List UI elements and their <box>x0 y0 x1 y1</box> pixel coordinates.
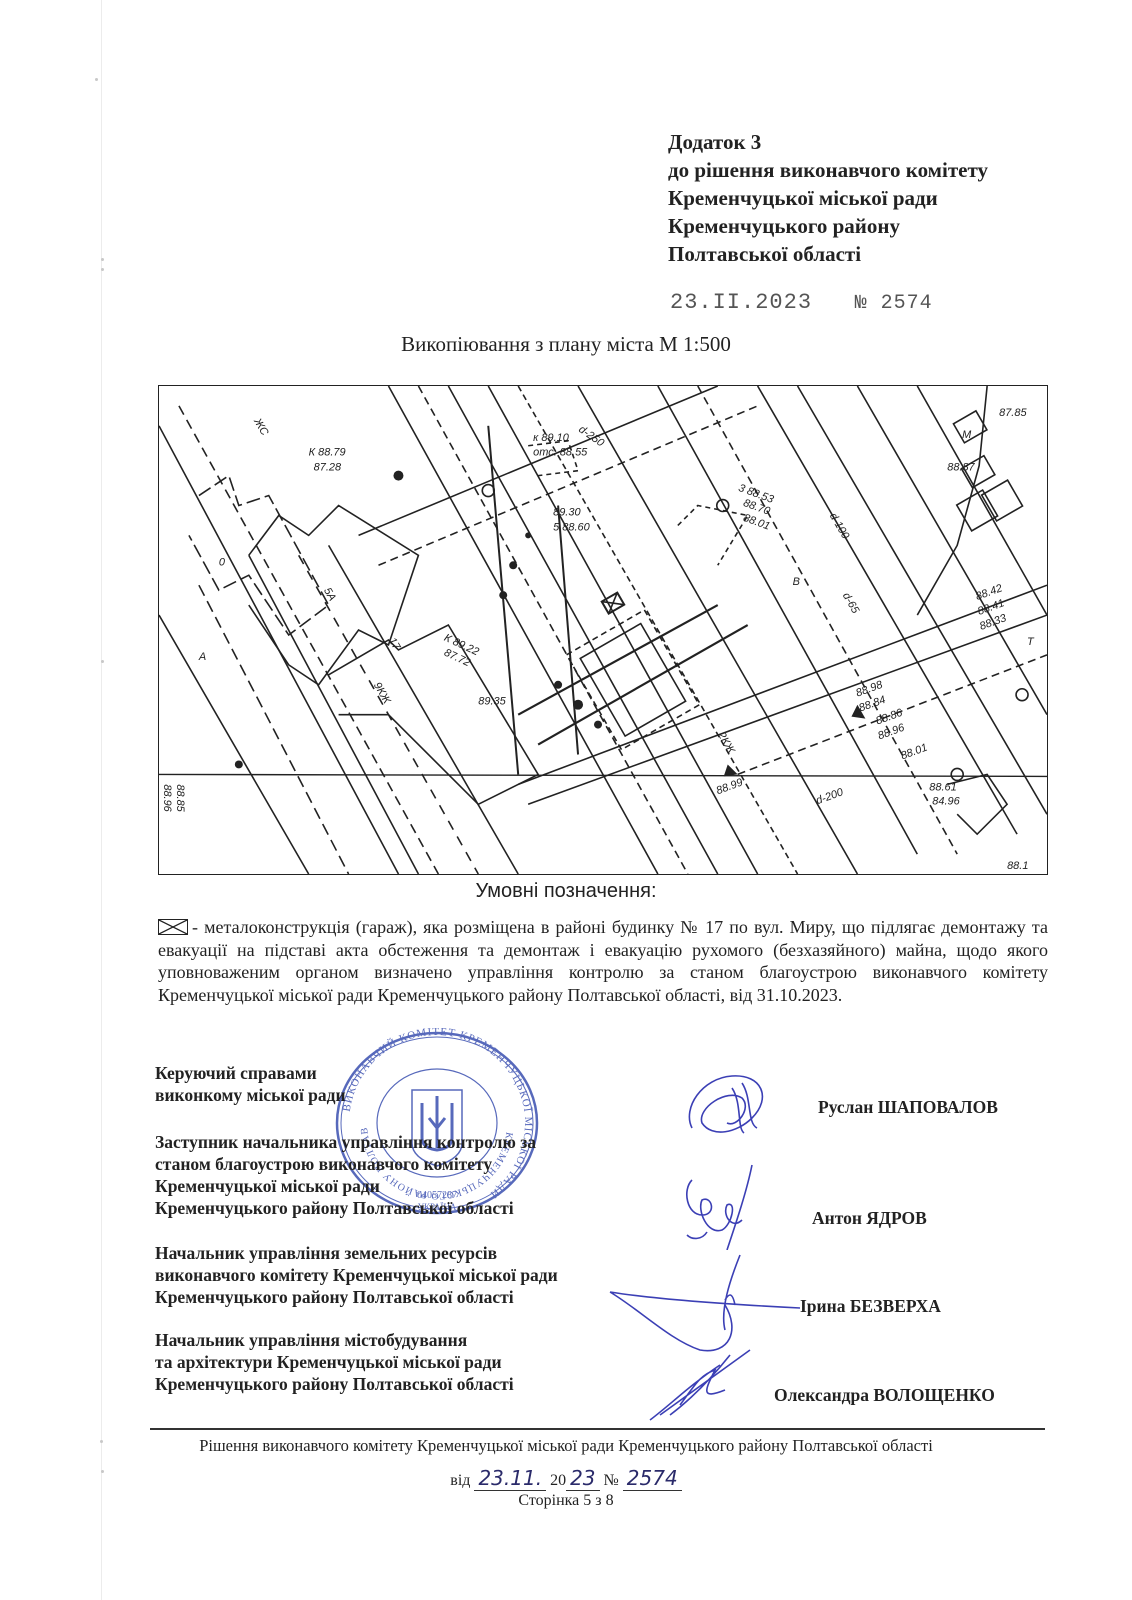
svg-text:87.28: 87.28 <box>314 462 342 474</box>
annex-header: Додаток 3 до рішення виконавчого комітет… <box>668 128 988 268</box>
legend-title: Умовні позначення: <box>0 880 1132 903</box>
annex-line: Полтавської області <box>668 240 988 268</box>
crossed-box-icon <box>158 919 188 935</box>
svg-text:84.96: 84.96 <box>932 795 960 807</box>
svg-text:d-65: d-65 <box>840 591 862 617</box>
handwritten-number: 2574 <box>623 1466 682 1491</box>
svg-text:88.96: 88.96 <box>161 784 173 812</box>
signatory-3-name: Ірина БЕЗВЕРХА <box>800 1296 941 1317</box>
signatory-3-position: Начальник управління земельних ресурсів … <box>155 1242 558 1308</box>
signatory-4-name: Олександра ВОЛОЩЕНКО <box>774 1385 995 1406</box>
svg-text:5 88.60: 5 88.60 <box>553 521 590 533</box>
svg-text:88.01: 88.01 <box>899 742 929 763</box>
scan-margin-line <box>101 0 102 1600</box>
footer-decision-title: Рішення виконавчого комітету Кременчуцьк… <box>0 1436 1132 1456</box>
svg-text:к 89.10: к 89.10 <box>533 432 569 444</box>
legend-description: - металоконструкція (гараж), яка розміще… <box>158 916 1048 1006</box>
svg-text:0: 0 <box>219 556 225 568</box>
map-title: Викопіювання з плану міста М 1:500 <box>0 332 1132 357</box>
svg-text:88.61: 88.61 <box>929 781 956 793</box>
svg-text:88.1: 88.1 <box>1007 860 1028 872</box>
page-number: Сторінка 5 з 8 <box>0 1492 1132 1510</box>
handwritten-year: 23 <box>566 1466 599 1491</box>
svg-text:88.87: 88.87 <box>947 462 975 474</box>
svg-text:87.85: 87.85 <box>999 407 1027 419</box>
annex-line: Кременчуцької міської ради <box>668 184 988 212</box>
scan-artifact <box>101 268 104 271</box>
annex-line: до рішення виконавчого комітету <box>668 156 988 184</box>
annex-line: Додаток 3 <box>668 128 988 156</box>
svg-text:d-100: d-100 <box>827 511 851 541</box>
svg-text:М: М <box>962 429 972 441</box>
svg-text:89.35: 89.35 <box>478 696 506 708</box>
map-drawing: ЖС К 88.79 87.28 5А 17 9КЖ А К 89.22 87.… <box>159 386 1047 874</box>
signature-4 <box>640 1345 760 1425</box>
scan-artifact <box>95 78 98 81</box>
svg-text:88.85: 88.85 <box>174 784 186 812</box>
svg-text:88.99: 88.99 <box>715 777 745 798</box>
svg-text:К 88.79: К 88.79 <box>309 447 346 459</box>
scan-artifact <box>101 258 104 261</box>
city-plan-map: ЖС К 88.79 87.28 5А 17 9КЖ А К 89.22 87.… <box>158 385 1048 875</box>
signatory-2-name: Антон ЯДРОВ <box>812 1208 927 1229</box>
handwritten-date: 23.11. <box>474 1466 546 1491</box>
stamp-date: 23.II.2023 <box>670 290 812 315</box>
signatory-1-name: Руслан ШАПОВАЛОВ <box>818 1097 998 1118</box>
signature-1 <box>682 1068 782 1148</box>
legend-text: - металоконструкція (гараж), яка розміще… <box>158 917 1048 1005</box>
stamp-number: № 2574 <box>855 292 933 315</box>
svg-text:отс. 88.55: отс. 88.55 <box>533 447 588 459</box>
signatory-4-position: Начальник управління містобудування та а… <box>155 1329 514 1395</box>
svg-text:d-200: d-200 <box>814 786 844 807</box>
svg-text:В: В <box>793 576 800 588</box>
footer-divider <box>150 1428 1045 1430</box>
svg-text:А: А <box>198 651 206 663</box>
signature-2 <box>672 1160 772 1250</box>
svg-text:Т: Т <box>1027 636 1035 648</box>
signatory-1-position: Керуючий справами виконкому міської ради <box>155 1062 346 1106</box>
svg-text:ЖС: ЖС <box>251 415 271 437</box>
svg-text:9КЖ: 9КЖ <box>371 680 393 706</box>
svg-text:2КЖ: 2КЖ <box>715 729 738 756</box>
footer-decision-date: від 23.11. 2023 № 2574 <box>0 1466 1132 1490</box>
svg-text:89.30: 89.30 <box>553 506 580 518</box>
decision-date-stamp: 23.II.2023 № 2574 <box>670 290 933 315</box>
svg-text:5А: 5А <box>321 586 338 604</box>
annex-line: Кременчуцького району <box>668 212 988 240</box>
signature-3 <box>600 1250 800 1360</box>
signatory-2-position: Заступник начальника управління контролю… <box>155 1131 536 1219</box>
scan-artifact <box>101 660 104 663</box>
